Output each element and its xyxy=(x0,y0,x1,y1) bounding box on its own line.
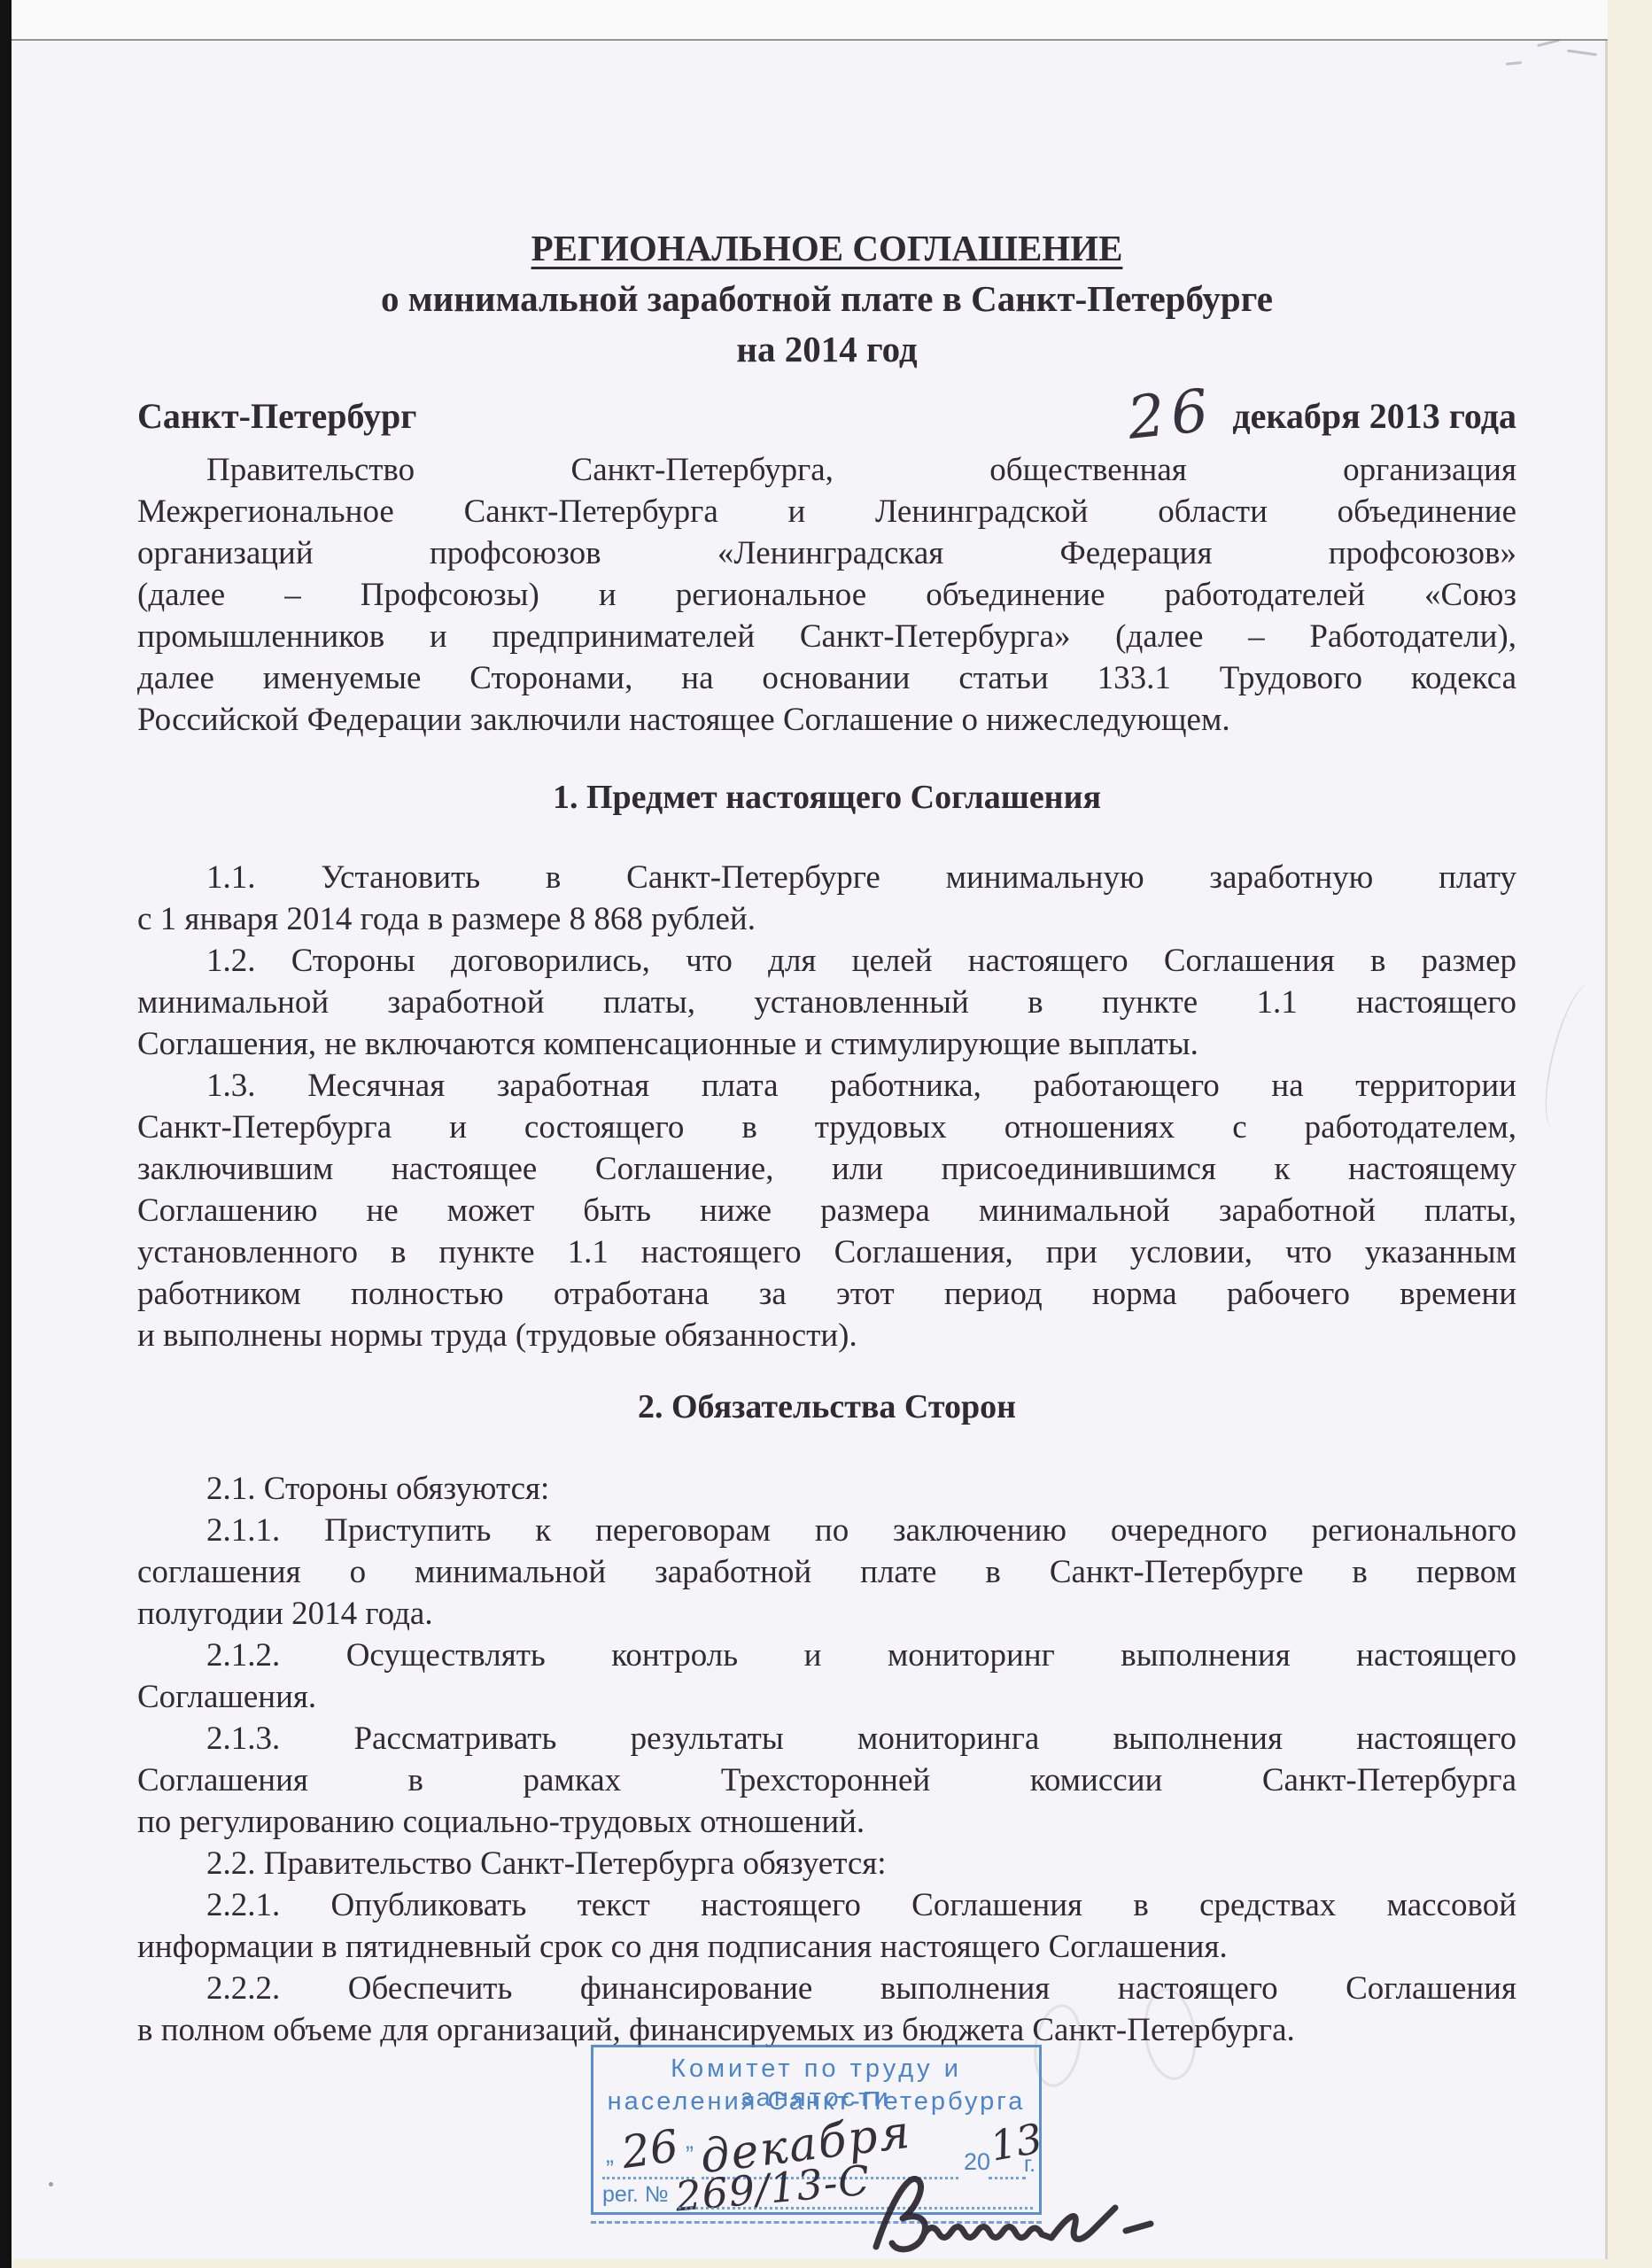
paragraph-line: 1.2. Стороны договорились, что для целей… xyxy=(137,940,1516,982)
title-line-3: на 2014 год xyxy=(137,324,1516,375)
paragraph-line: минимальной заработной платы, установлен… xyxy=(137,982,1516,1023)
place-date-row: Санкт-Петербург 26 декабря 2013 года xyxy=(137,380,1516,437)
paragraph-line: (далее – Профсоюзы) и региональное объед… xyxy=(137,574,1516,616)
document-section: 1. Предмет настоящего Соглашения1.1. Уст… xyxy=(137,777,1516,1356)
document-content: РЕГИОНАЛЬНОЕ СОГЛАШЕНИЕ о минимальной за… xyxy=(137,0,1516,2051)
scanned-document-page: РЕГИОНАЛЬНОЕ СОГЛАШЕНИЕ о минимальной за… xyxy=(0,0,1652,2268)
paragraph-line: с 1 января 2014 года в размере 8 868 руб… xyxy=(137,898,1516,940)
paragraph-line: соглашения о минимальной заработной плат… xyxy=(137,1551,1516,1593)
paragraph-line: 2.2. Правительство Санкт-Петербурга обяз… xyxy=(137,1843,1516,1884)
body-paragraph: 2.2. Правительство Санкт-Петербурга обяз… xyxy=(137,1843,1516,1884)
body-paragraph: 2.1.1. Приступить к переговорам по заклю… xyxy=(137,1510,1516,1635)
handwritten-day: 26 xyxy=(1126,384,1218,445)
paragraph-line: 2.1.2. Осуществлять контроль и мониторин… xyxy=(137,1635,1516,1676)
paragraph-line: Соглашения, не включаются компенсационны… xyxy=(137,1023,1516,1065)
title-line-2: о минимальной заработной плате в Санкт-П… xyxy=(137,274,1516,324)
paragraph-line: Соглашения в рамках Трехсторонней комисс… xyxy=(137,1759,1516,1801)
paragraph-line: 1.1. Установить в Санкт-Петербурге миним… xyxy=(137,857,1516,898)
body-paragraph: 1.1. Установить в Санкт-Петербурге миним… xyxy=(137,857,1516,940)
body-paragraph: 2.1.2. Осуществлять контроль и мониторин… xyxy=(137,1635,1516,1718)
paragraph-line: заключившим настоящее Соглашение, или пр… xyxy=(137,1148,1516,1190)
paragraph-line: и выполнены нормы труда (трудовые обязан… xyxy=(137,1315,1516,1356)
paragraph-line: далее именуемые Сторонами, на основании … xyxy=(137,657,1516,699)
paragraph-line: 2.1. Стороны обязуются: xyxy=(137,1468,1516,1510)
paragraph-line: по регулированию социально-трудовых отно… xyxy=(137,1801,1516,1843)
paper-speck xyxy=(49,2182,53,2186)
paragraph-line: 2.1.3. Рассматривать результаты монитори… xyxy=(137,1718,1516,1759)
document-title: РЕГИОНАЛЬНОЕ СОГЛАШЕНИЕ о минимальной за… xyxy=(137,0,1516,375)
stamp-reg-label: рег. № xyxy=(602,2182,669,2208)
paragraph-line: 2.2.2. Обеспечить финансирование выполне… xyxy=(137,1968,1516,2009)
paragraph-line: Соглашению не может быть ниже размера ми… xyxy=(137,1190,1516,1231)
stamp-org-line-2: населения Санкт-Петербурга xyxy=(593,2087,1039,2117)
paragraph-line: 2.2.1. Опубликовать текст настоящего Сог… xyxy=(137,1884,1516,1926)
section-heading: 2. Обязательства Сторон xyxy=(137,1386,1516,1428)
date-printed: декабря 2013 года xyxy=(1232,396,1516,437)
paragraph-line: Санкт-Петербурга и состоящего в трудовых… xyxy=(137,1107,1516,1148)
section-heading: 1. Предмет настоящего Соглашения xyxy=(137,777,1516,819)
stamp-quote-open: „ xyxy=(606,2141,614,2169)
paragraph-line: Российской Федерации заключили настоящее… xyxy=(137,699,1516,741)
scan-edge-strip xyxy=(0,0,12,2268)
paragraph-line: Межрегиональное Санкт-Петербурга и Ленин… xyxy=(137,491,1516,532)
body-paragraph: 2.1. Стороны обязуются: xyxy=(137,1468,1516,1510)
paragraph-line: 2.1.1. Приступить к переговорам по заклю… xyxy=(137,1510,1516,1551)
body-paragraph: 1.2. Стороны договорились, что для целей… xyxy=(137,940,1516,1065)
paragraph-line: организаций профсоюзов «Ленинградская Фе… xyxy=(137,532,1516,574)
paragraph-line: установленного в пункте 1.1 настоящего С… xyxy=(137,1231,1516,1273)
place-city: Санкт-Петербург xyxy=(137,396,416,437)
paragraph-line: Соглашения. xyxy=(137,1676,1516,1718)
title-line-1: РЕГИОНАЛЬНОЕ СОГЛАШЕНИЕ xyxy=(137,223,1516,274)
paragraph-line: работником полностью отработана за этот … xyxy=(137,1273,1516,1315)
stamp-quote-close: ” xyxy=(686,2141,694,2169)
body-paragraph: 2.2.1. Опубликовать текст настоящего Сог… xyxy=(137,1884,1516,1968)
intro-paragraph: Правительство Санкт-Петербурга, обществе… xyxy=(137,449,1516,741)
date-group: 26 декабря 2013 года xyxy=(1128,385,1516,437)
document-section: 2. Обязательства Сторон2.1. Стороны обяз… xyxy=(137,1386,1516,2051)
paragraph-line: промышленников и предпринимателей Санкт-… xyxy=(137,616,1516,657)
signature-scribble xyxy=(864,2160,1160,2268)
paragraph-line: Правительство Санкт-Петербурга, обществе… xyxy=(137,449,1516,491)
body-paragraph: 2.2.2. Обеспечить финансирование выполне… xyxy=(137,1968,1516,2051)
paragraph-line: 1.3. Месячная заработная плата работника… xyxy=(137,1065,1516,1107)
paragraph-line: полугодии 2014 года. xyxy=(137,1593,1516,1635)
paragraph-line: информации в пятидневный срок со дня под… xyxy=(137,1926,1516,1968)
stamp-handwritten-day: 26 xyxy=(618,2120,681,2179)
body-paragraph: 2.1.3. Рассматривать результаты монитори… xyxy=(137,1718,1516,1843)
sections-container: 1. Предмет настоящего Соглашения1.1. Уст… xyxy=(137,777,1516,2051)
body-paragraph: 1.3. Месячная заработная плата работника… xyxy=(137,1065,1516,1356)
